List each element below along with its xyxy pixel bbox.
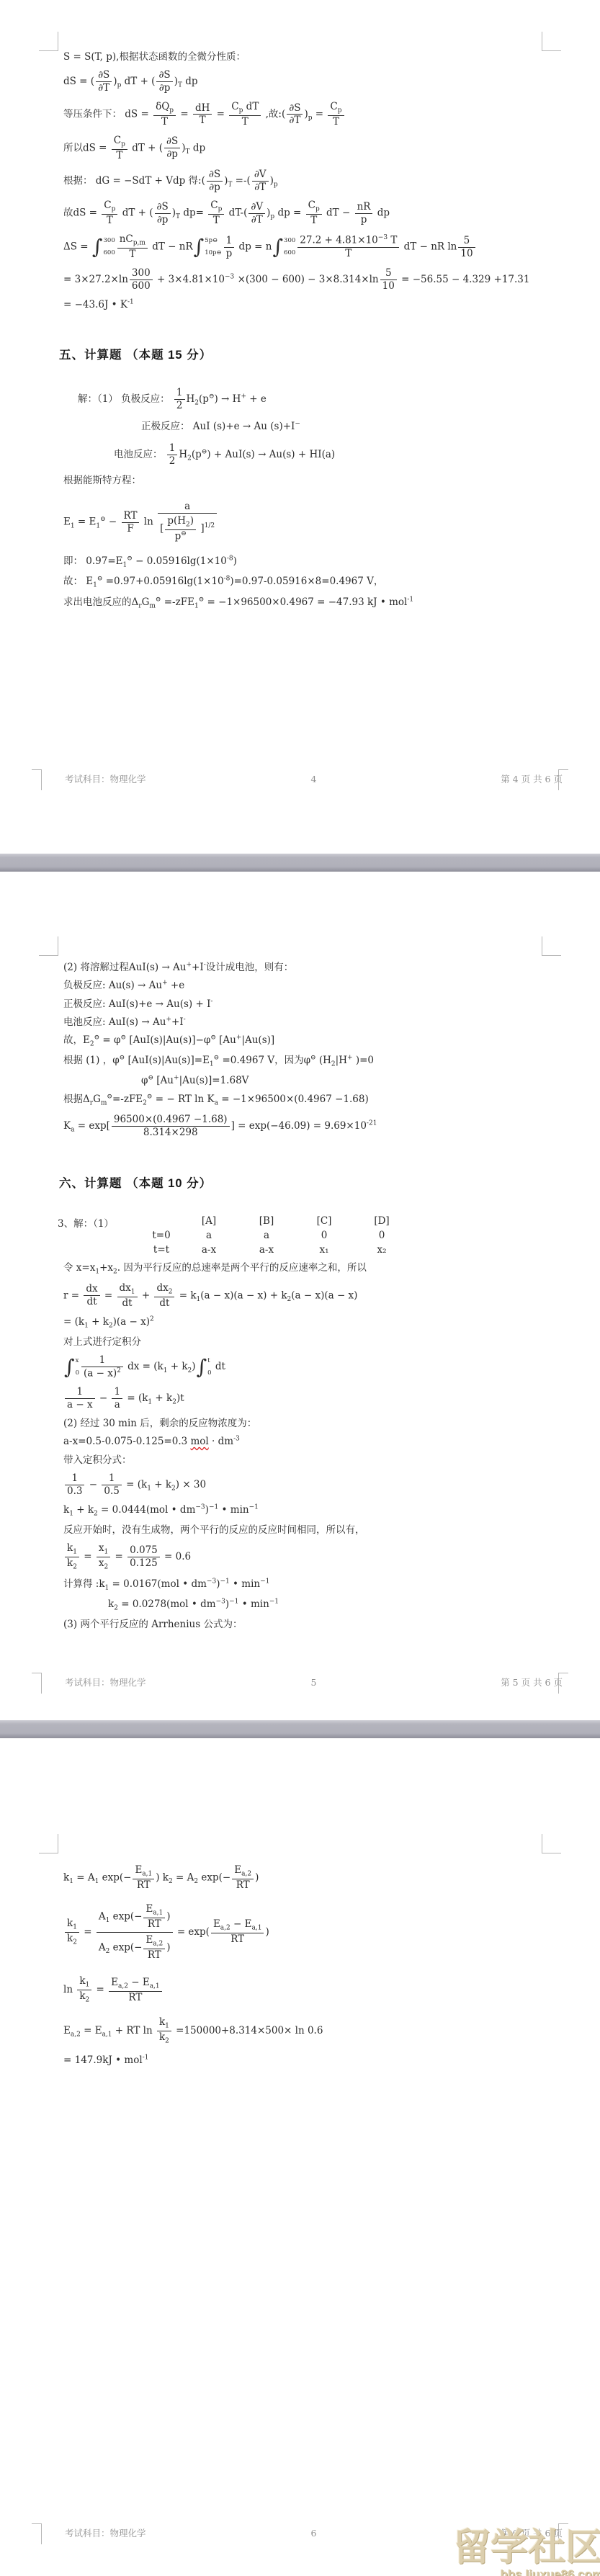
table-cell: [A] (180, 1214, 238, 1228)
formula-line: (2) 经过 30 min 后，剩余的反应物浓度为： (63, 1416, 600, 1431)
formula-line: k1k2 = x1x2 = 0.0750.125 = 0.6 (63, 1541, 600, 1573)
table-cell: a (238, 1228, 295, 1243)
integral-sign: ∫5p⊖10p⊖ (194, 236, 222, 257)
formula-line: (2) 将溶解过程AuI(s) → Au++I-设计成电池，则有： (63, 960, 600, 975)
table-cell: x₂ (353, 1243, 411, 1257)
document-page-4[interactable]: S = S(T, p),根据状态函数的全微分性质：dS = (∂S∂T)p dT… (0, 0, 600, 854)
integral-sign: ∫300600 (92, 236, 115, 257)
crop-mark (32, 769, 42, 790)
formula-line: ∫x01(a − x)2 dx = (k1 + k2)∫t0 dt (63, 1353, 600, 1381)
formula-line: 解：（1） 负极反应： 12H2(p⊖) → H+ + e (78, 385, 600, 413)
formula-line: 等压条件下： dS = δQpT = dHT = Cp dTT ,故:(∂S∂T… (63, 99, 600, 130)
section-heading: 五、计算题 （本题 15 分） (59, 345, 600, 362)
formula-line: 令 x=x1+x2. 因为平行反应的总速率是两个平行的反应速率之和，所以 (63, 1261, 600, 1277)
formula-line: 故，E2⊖ = φ⊖ [AuI(s)|Au(s)]−φ⊖ [Au+|Au(s)] (63, 1033, 600, 1050)
integral-sign: ∫300600 (272, 236, 295, 257)
formula-line: k1 + k2 = 0.0444(mol • dm−3)−1 • min−1 (63, 1503, 600, 1519)
page-content: (2) 将溶解过程AuI(s) → Au++I-设计成电池，则有：负极反应: A… (0, 872, 600, 1632)
table-cell: 0 (353, 1228, 411, 1243)
table-cell: a-x (238, 1243, 295, 1257)
formula-line: 计算得 :k1 = 0.0167(mol • dm−3)−1 • min−1 (63, 1577, 600, 1593)
table-cell: t=t (143, 1243, 180, 1257)
page-content: k1 = A1 exp(−Ea,1RT) k2 = A2 exp(−Ea,2RT… (0, 1738, 600, 2067)
table-cell: [B] (238, 1214, 295, 1228)
watermark-site-url: bbs.liuxue86.com (453, 2568, 600, 2576)
table-cell: x₁ (295, 1243, 353, 1257)
formula-line: = (k1 + k2)(a − x)2 (63, 1315, 600, 1331)
formula-line: ΔS = ∫300600nCp,mT dT − nR∫5p⊖10p⊖1p dp … (63, 232, 600, 262)
page-separator (0, 1720, 600, 1738)
formula-line: = 3×27.2×ln300600 + 3×4.81×10−3 ×(300 − … (63, 266, 600, 294)
formula-line: 负极反应: Au(s) → Au+ +e (63, 978, 600, 993)
formula-line: r = dxdt = dx1dt + dx2dt = k1(a − x)(a −… (63, 1281, 600, 1311)
formula-line: k1k2 = A1 exp(−Ea,1RT)A2 exp(−Ea,2RT) = … (63, 1900, 600, 1964)
page-footer: 考试科目：物理化学 4 第 4 页 共 6 页 (65, 772, 563, 785)
document-page-5[interactable]: (2) 将溶解过程AuI(s) → Au++I-设计成电池，则有：负极反应: A… (0, 872, 600, 1720)
formula-line: = −43.6J • K-1 (63, 298, 600, 312)
formula-line: Ea,2 = Ea,1 + RT ln k1k2 =150000+8.314×5… (63, 2015, 600, 2047)
kinetics-concentration-table: 3、解：（1）[A][B][C][D]t=0aa00t=ta-xa-xx₁x₂ (58, 1214, 600, 1257)
table-cell: [D] (353, 1214, 411, 1228)
formula-line: 根据： dG = −SdT + Vdp 得:(∂S∂p)T =-(∂V∂T)p (63, 167, 600, 195)
table-cell (143, 1214, 180, 1228)
formula-line: E1 = E1⊖ − RTF ln a[p(H2)p⊖ ]1/2 (63, 499, 600, 545)
formula-line: (3) 两个平行反应的 Arrhenius 公式为： (63, 1617, 600, 1632)
footer-page-number: 6 (230, 2528, 396, 2539)
formula-line: 正极反应： AuI (s)+e → Au (s)+I− (141, 419, 600, 434)
footer-subject: 考试科目：物理化学 (65, 2526, 230, 2539)
misspell-squiggle-text: mol (191, 1436, 209, 1447)
formula-line: 电池反应: AuI(s) → Au++I- (63, 1015, 600, 1029)
formula-line: 根据 (1) ，φ⊖ [AuI(s)|Au(s)]=E1⊖ =0.4967 V，… (63, 1053, 600, 1070)
formula-line: 对上式进行定积分 (63, 1335, 600, 1349)
watermark-title: 留学社区 (453, 2529, 600, 2567)
formula-line: 根据ΔrGm⊖=-zFE2⊖ = − RT ln Ka = −1×96500×(… (63, 1092, 600, 1109)
formula-line: 1a − x − 1a = (k1 + k2)t (63, 1385, 600, 1413)
document-canvas: S = S(T, p),根据状态函数的全微分性质：dS = (∂S∂T)p dT… (0, 0, 600, 2576)
formula-line: = 147.9kJ • mol-1 (63, 2053, 600, 2067)
integral-sign: ∫t0 (197, 1356, 212, 1377)
footer-page-count: 第 5 页 共 6 页 (397, 1676, 563, 1689)
document-page-6[interactable]: k1 = A1 exp(−Ea,1RT) k2 = A2 exp(−Ea,2RT… (0, 1738, 600, 2576)
footer-page-count: 第 4 页 共 6 页 (397, 772, 563, 785)
watermark-logo: 留学社区 bbs.liuxue86.com (453, 2529, 600, 2576)
formula-line: ln k1k2 = Ea,2 − Ea,1RT (63, 1974, 600, 2006)
formula-line: 电池反应： 12H2(p⊖) + AuI(s) → Au(s) + HI(a) (114, 441, 600, 469)
formula-line: 即： 0.97=E1⊖ − 0.05916lg(1×10-8) (63, 554, 600, 571)
formula-line: φ⊖ [Au+|Au(s)]=1.68V (141, 1073, 600, 1088)
formula-line: a-x=0.5-0.075-0.125=0.3 mol · dm-3 (63, 1434, 600, 1449)
section-heading: 六、计算题 （本题 10 分） (59, 1173, 600, 1191)
page-footer: 考试科目：物理化学 5 第 5 页 共 6 页 (65, 1676, 563, 1689)
footer-subject: 考试科目：物理化学 (65, 1676, 230, 1689)
footer-page-number: 5 (230, 1677, 396, 1688)
formula-line: 故dS = CpT dT + (∂S∂p)T dp= CpT dT-(∂V∂T)… (63, 198, 600, 228)
table-cell: [C] (295, 1214, 353, 1228)
formula-line: Ka = exp[96500×(0.4967 −1.68)8.314×298] … (63, 1112, 600, 1140)
formula-line: S = S(T, p),根据状态函数的全微分性质： (63, 50, 600, 64)
formula-line: k2 = 0.0278(mol • dm−3)−1 • min−1 (108, 1597, 600, 1614)
integral-sign: ∫x0 (64, 1356, 79, 1377)
formula-line: 带入定积分式： (63, 1453, 600, 1467)
formula-line: 故： E1⊖ =0.97+0.05916lg(1×10-8)=0.97-0.05… (63, 574, 600, 591)
formula-line: k1 = A1 exp(−Ea,1RT) k2 = A2 exp(−Ea,2RT… (63, 1863, 600, 1893)
formula-line: dS = (∂S∂T)p dT + (∂S∂p)T dp (63, 68, 600, 96)
formula-line: 根据能斯特方程： (63, 473, 600, 488)
table-cell: a (180, 1228, 238, 1243)
page-content: S = S(T, p),根据状态函数的全微分性质：dS = (∂S∂T)p dT… (0, 0, 600, 612)
table-cell: t=0 (143, 1228, 180, 1243)
crop-mark (32, 1673, 42, 1694)
formula-line: 反应开始时，没有生成物，两个平行的反应的反应时间相同，所以有， (63, 1523, 600, 1537)
formula-line: 正极反应: AuI(s)+e → Au(s) + I- (63, 997, 600, 1011)
formula-line: 10.3 − 10.5 = (k1 + k2) × 30 (63, 1471, 600, 1499)
formula-line: 求出电池反应的ΔrGm⊖ =-zFE1⊖ = −1×96500×0.4967 =… (63, 595, 600, 612)
footer-subject: 考试科目：物理化学 (65, 772, 230, 785)
formula-line: 所以dS = CpT dT + (∂S∂p)T dp (63, 133, 600, 164)
table-intro: 3、解：（1） (58, 1215, 114, 1230)
footer-page-number: 4 (230, 774, 396, 784)
crop-mark (32, 2523, 42, 2544)
page-separator (0, 854, 600, 872)
table-cell: 0 (295, 1228, 353, 1243)
table-cell: a-x (180, 1243, 238, 1257)
